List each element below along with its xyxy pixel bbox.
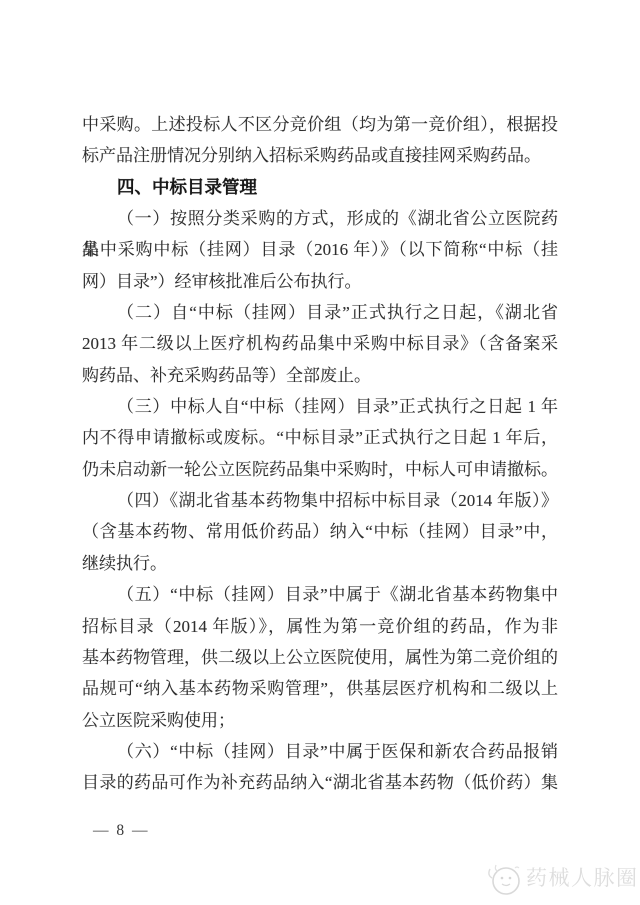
page-number: — 8 — xyxy=(93,822,150,840)
text-line: 内不得申请撤标或废标。“中标目录”正式执行之日起 1 年后， xyxy=(82,422,558,453)
text-line: 中采购。上述投标人不区分竞价组（均为第一竞价组），根据投 xyxy=(82,109,558,140)
text-line: 目录的药品可作为补充药品纳入“湖北省基本药物（低价药）集 xyxy=(82,767,558,798)
text-line: 网）目录”）经审核批准后公布执行。 xyxy=(82,266,558,297)
text-line: （一）按照分类采购的方式，形成的《湖北省公立医院药品 xyxy=(82,203,558,234)
text-line: （四）《湖北省基本药物集中招标中标目录（2014 年版）》 xyxy=(82,485,558,516)
text-line: （六）“中标（挂网）目录”中属于医保和新农合药品报销 xyxy=(82,736,558,767)
text-line: 品规可“纳入基本药物采购管理”，供基层医疗机构和二级以上 xyxy=(82,673,558,704)
watermark-text: 药械人脉圈 xyxy=(526,862,639,892)
text-line: 公立医院采购使用； xyxy=(82,705,558,736)
text-line: 四、中标目录管理 xyxy=(82,172,558,203)
text-line: 仍未启动新一轮公立医院药品集中采购时，中标人可申请撤标。 xyxy=(82,454,558,485)
watermark: 药械人脉圈 xyxy=(484,855,639,899)
text-line: （二）自“中标（挂网）目录”正式执行之日起，《湖北省 xyxy=(82,297,558,328)
mascot-face-icon xyxy=(484,855,522,899)
text-line: 招标目录（2014 年版）》，属性为第一竞价组的药品，作为非 xyxy=(82,611,558,642)
text-line: 购药品、补充采购药品等）全部废止。 xyxy=(82,360,558,391)
text-line: 2013 年二级以上医疗机构药品集中采购中标目录》（含备案采 xyxy=(82,328,558,359)
text-line: （五）“中标（挂网）目录”中属于《湖北省基本药物集中 xyxy=(82,579,558,610)
text-line: 继续执行。 xyxy=(82,548,558,579)
document-page: 中采购。上述投标人不区分竞价组（均为第一竞价组），根据投标产品注册情况分别纳入招… xyxy=(0,0,640,905)
text-line: （三）中标人自“中标（挂网）目录”正式执行之日起 1 年 xyxy=(82,391,558,422)
text-line: 基本药物管理，供二级以上公立医院使用，属性为第二竞价组的 xyxy=(82,642,558,673)
text-line: 集中采购中标（挂网）目录（2016 年）》（以下简称“中标（挂 xyxy=(82,234,558,265)
text-line: 标产品注册情况分别纳入招标采购药品或直接挂网采购药品。 xyxy=(82,140,558,171)
document-text-block: 中采购。上述投标人不区分竞价组（均为第一竞价组），根据投标产品注册情况分别纳入招… xyxy=(82,109,558,799)
text-line: （含基本药物、常用低价药品）纳入“中标（挂网）目录”中， xyxy=(82,516,558,547)
